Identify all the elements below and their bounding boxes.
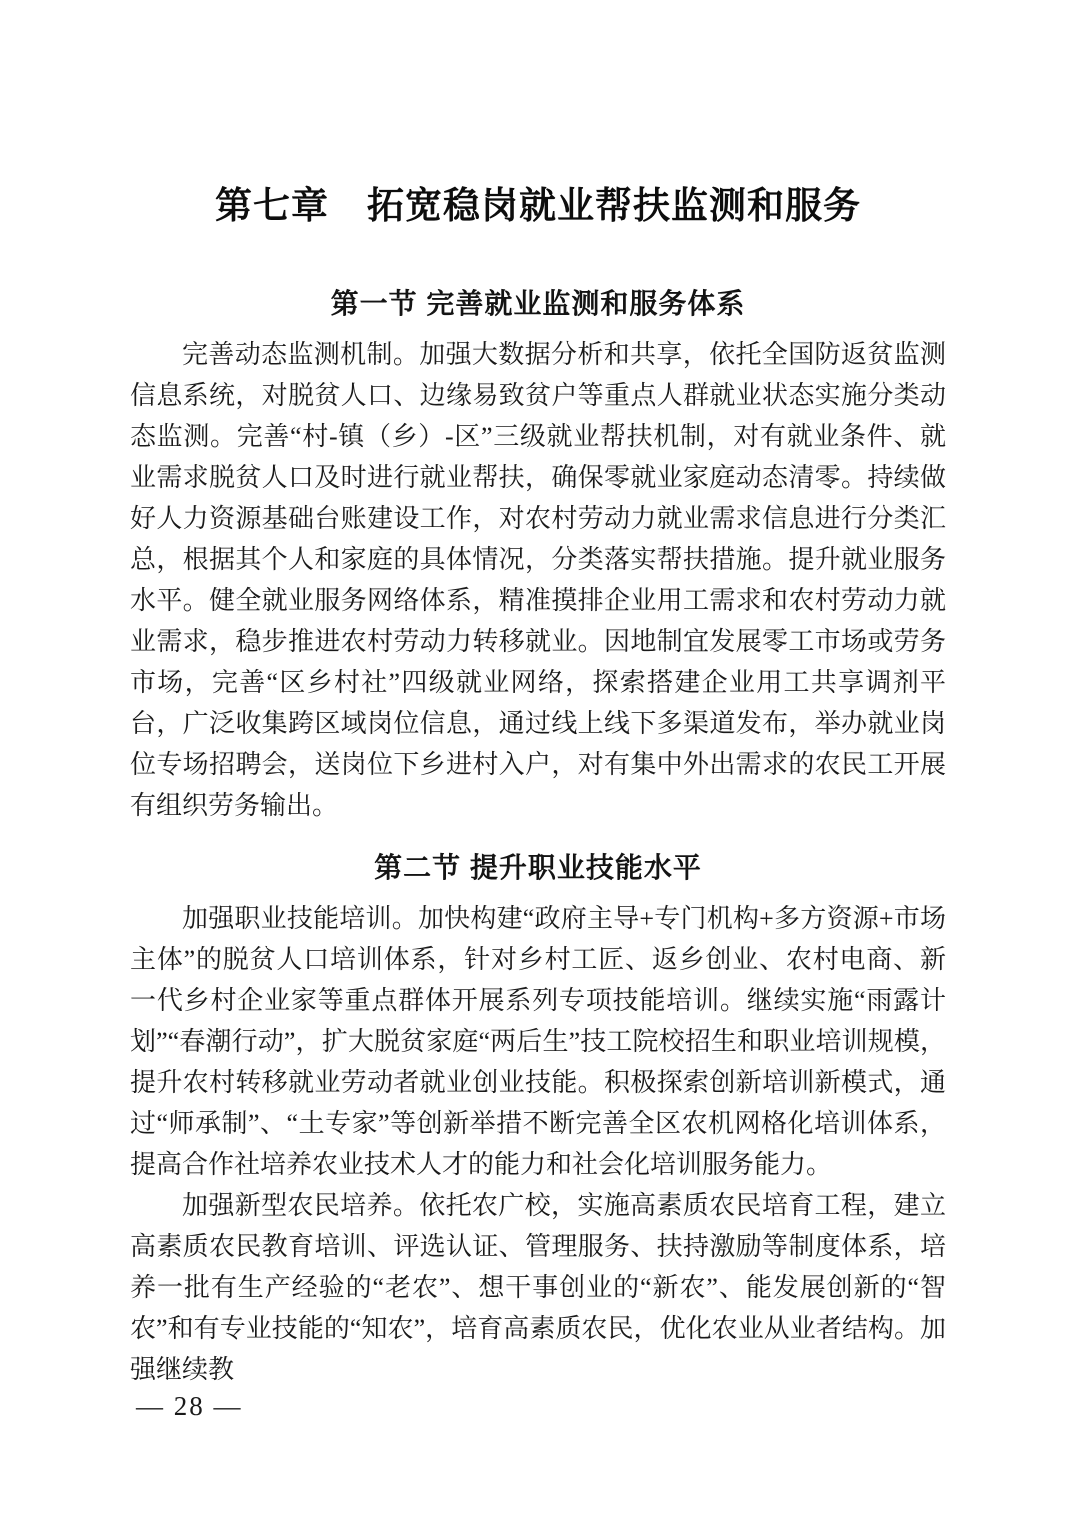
chapter-title: 第七章 拓宽稳岗就业帮扶监测和服务 [130,0,946,230]
section-2-heading: 第二节 提升职业技能水平 [130,851,946,885]
section-2-paragraph-2: 加强新型农民培养。依托农广校，实施高素质农民培育工程，建立高素质农民教育培训、评… [130,1185,946,1390]
page-number: — 28 — [136,1390,243,1422]
document-page: 第七章 拓宽稳岗就业帮扶监测和服务 第一节 完善就业监测和服务体系 完善动态监测… [0,0,1074,1520]
section-2-paragraph-1: 加强职业技能培训。加快构建“政府主导+专门机构+多方资源+市场主体”的脱贫人口培… [130,898,946,1185]
section-1-heading: 第一节 完善就业监测和服务体系 [130,287,946,321]
section-1-paragraph: 完善动态监测机制。加强大数据分析和共享，依托全国防返贫监测信息系统，对脱贫人口、… [130,334,946,826]
page-content: 第七章 拓宽稳岗就业帮扶监测和服务 第一节 完善就业监测和服务体系 完善动态监测… [130,0,946,1390]
